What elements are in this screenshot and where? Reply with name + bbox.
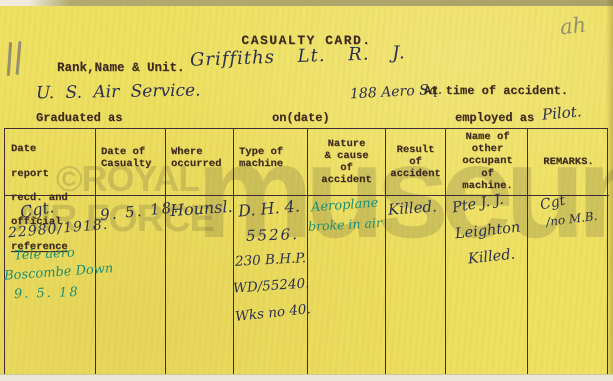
col-header-type-of-machine: Type of machine [234,129,308,196]
entry-machine-line2: 5526. [246,225,300,245]
body-column-where-occurred [166,196,234,374]
graduated-as-label: Graduated as [36,111,122,125]
header-line: Date [11,143,95,155]
rank-name-unit-label: Rank,Name & Unit. [57,61,185,75]
casualty-table: Date report recd. and official reference… [4,128,608,374]
col-header-report-reference: Date report recd. and official reference [5,129,96,196]
entry-result: Killed. [387,197,437,218]
employed-as-label: employed as [455,111,534,125]
entry-report-ref-green3: 9. 5. 18 [14,285,80,302]
card-bottom-edge [0,374,613,381]
casualty-card: ©ROYAL AIR FORCE museum ah CASUALTY CARD… [0,0,613,381]
col-header-where-occurred: Where occurred [166,129,234,196]
col-header-other-occupant: Name of other occupant of machine. [446,129,528,196]
on-date-label: on(date) [272,111,330,125]
col-header-result: Result of accident [386,129,446,196]
service-value: U. S. Air Service. [36,81,201,104]
card-top-edge [0,0,613,6]
col-header-date-of-casualty: Date of Casualty [96,129,166,196]
employed-as-value: Pilot. [541,102,582,123]
at-time-of-accident-label: At time of accident. [424,84,568,98]
col-header-remarks: REMARKS. [528,129,609,196]
header-line: report [11,168,95,180]
col-header-nature-cause: Nature & cause of accident [308,129,386,196]
entry-report-ref-green1: Tele aero [14,245,76,263]
body-column-result [386,196,446,374]
